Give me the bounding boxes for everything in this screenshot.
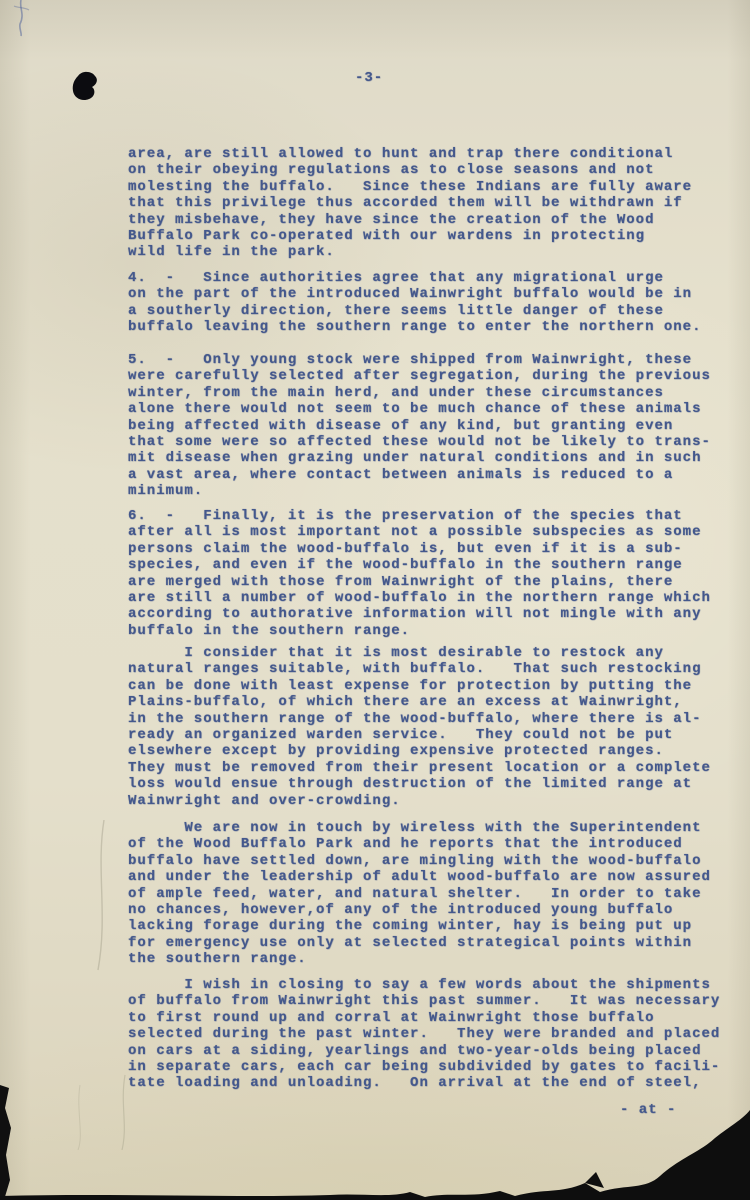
paragraph-6: We are now in touch by wireless with the… <box>128 820 711 968</box>
ink-blot <box>60 62 110 112</box>
scan-edge-shadow <box>0 1080 750 1200</box>
paragraph-1: area, are still allowed to hunt and trap… <box>128 146 692 261</box>
paragraph-2: 4. - Since authorities agree that any mi… <box>128 270 701 336</box>
paragraph-7: I wish in closing to say a few words abo… <box>128 977 720 1092</box>
paragraph-3: 5. - Only young stock were shipped from … <box>128 352 711 500</box>
paragraph-5: I consider that it is most desirable to … <box>128 645 711 809</box>
document-page: -3- area, are still allowed to hunt and … <box>0 0 750 1200</box>
pen-mark <box>0 0 60 60</box>
catchword: - at - <box>620 1102 676 1118</box>
paragraph-4: 6. - Finally, it is the preservation of … <box>128 508 711 639</box>
page-number: -3- <box>355 70 383 86</box>
